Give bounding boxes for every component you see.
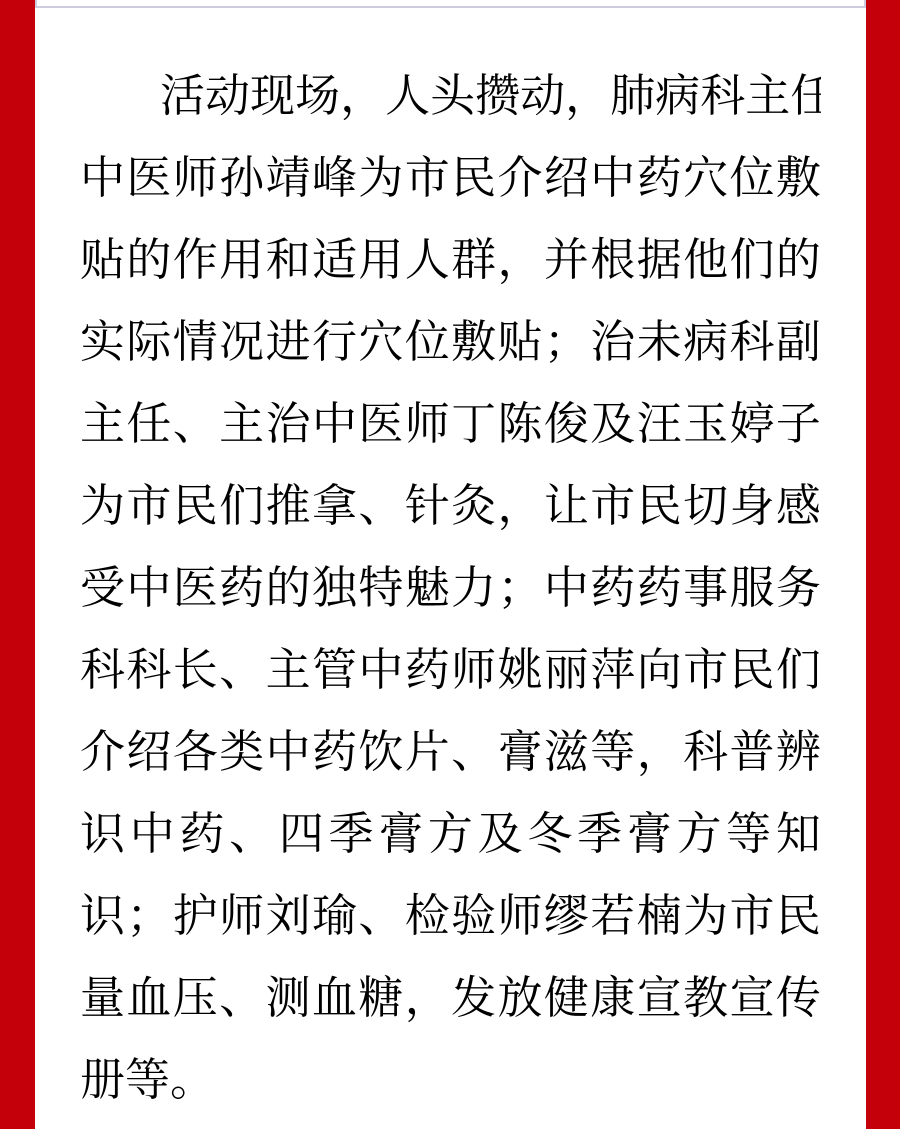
previous-card-bottom-border bbox=[35, 0, 866, 8]
text-line: 贴的作用和适用人群，并根据他们的 bbox=[80, 214, 821, 296]
text-line: 册等。 bbox=[80, 1034, 821, 1116]
text-line: 介绍各类中药饮片、膏滋等，科普辨 bbox=[80, 706, 821, 788]
text-line: 实际情况进行穴位敷贴；治未病科副 bbox=[80, 296, 821, 378]
text-line: 识中药、四季膏方及冬季膏方等知 bbox=[80, 788, 821, 870]
article-paragraph: 活动现场，人头攒动，肺病科主任中医师孙靖峰为市民介绍中药穴位敷贴的作用和适用人群… bbox=[80, 50, 821, 1116]
text-line: 为市民们推拿、针灸，让市民切身感 bbox=[80, 460, 821, 542]
article-card: 活动现场，人头攒动，肺病科主任中医师孙靖峰为市民介绍中药穴位敷贴的作用和适用人群… bbox=[35, 0, 866, 1129]
page-background: 活动现场，人头攒动，肺病科主任中医师孙靖峰为市民介绍中药穴位敷贴的作用和适用人群… bbox=[0, 0, 900, 1129]
text-line: 受中医药的独特魅力；中药药事服务 bbox=[80, 542, 821, 624]
text-line: 量血压、测血糖，发放健康宣教宣传 bbox=[80, 952, 821, 1034]
text-line: 主任、主治中医师丁陈俊及汪玉婷子 bbox=[80, 378, 821, 460]
text-line: 活动现场，人头攒动，肺病科主任 bbox=[80, 50, 821, 132]
text-line: 科科长、主管中药师姚丽萍向市民们 bbox=[80, 624, 821, 706]
text-line: 识；护师刘瑜、检验师缪若楠为市民 bbox=[80, 870, 821, 952]
text-line: 中医师孙靖峰为市民介绍中药穴位敷 bbox=[80, 132, 821, 214]
